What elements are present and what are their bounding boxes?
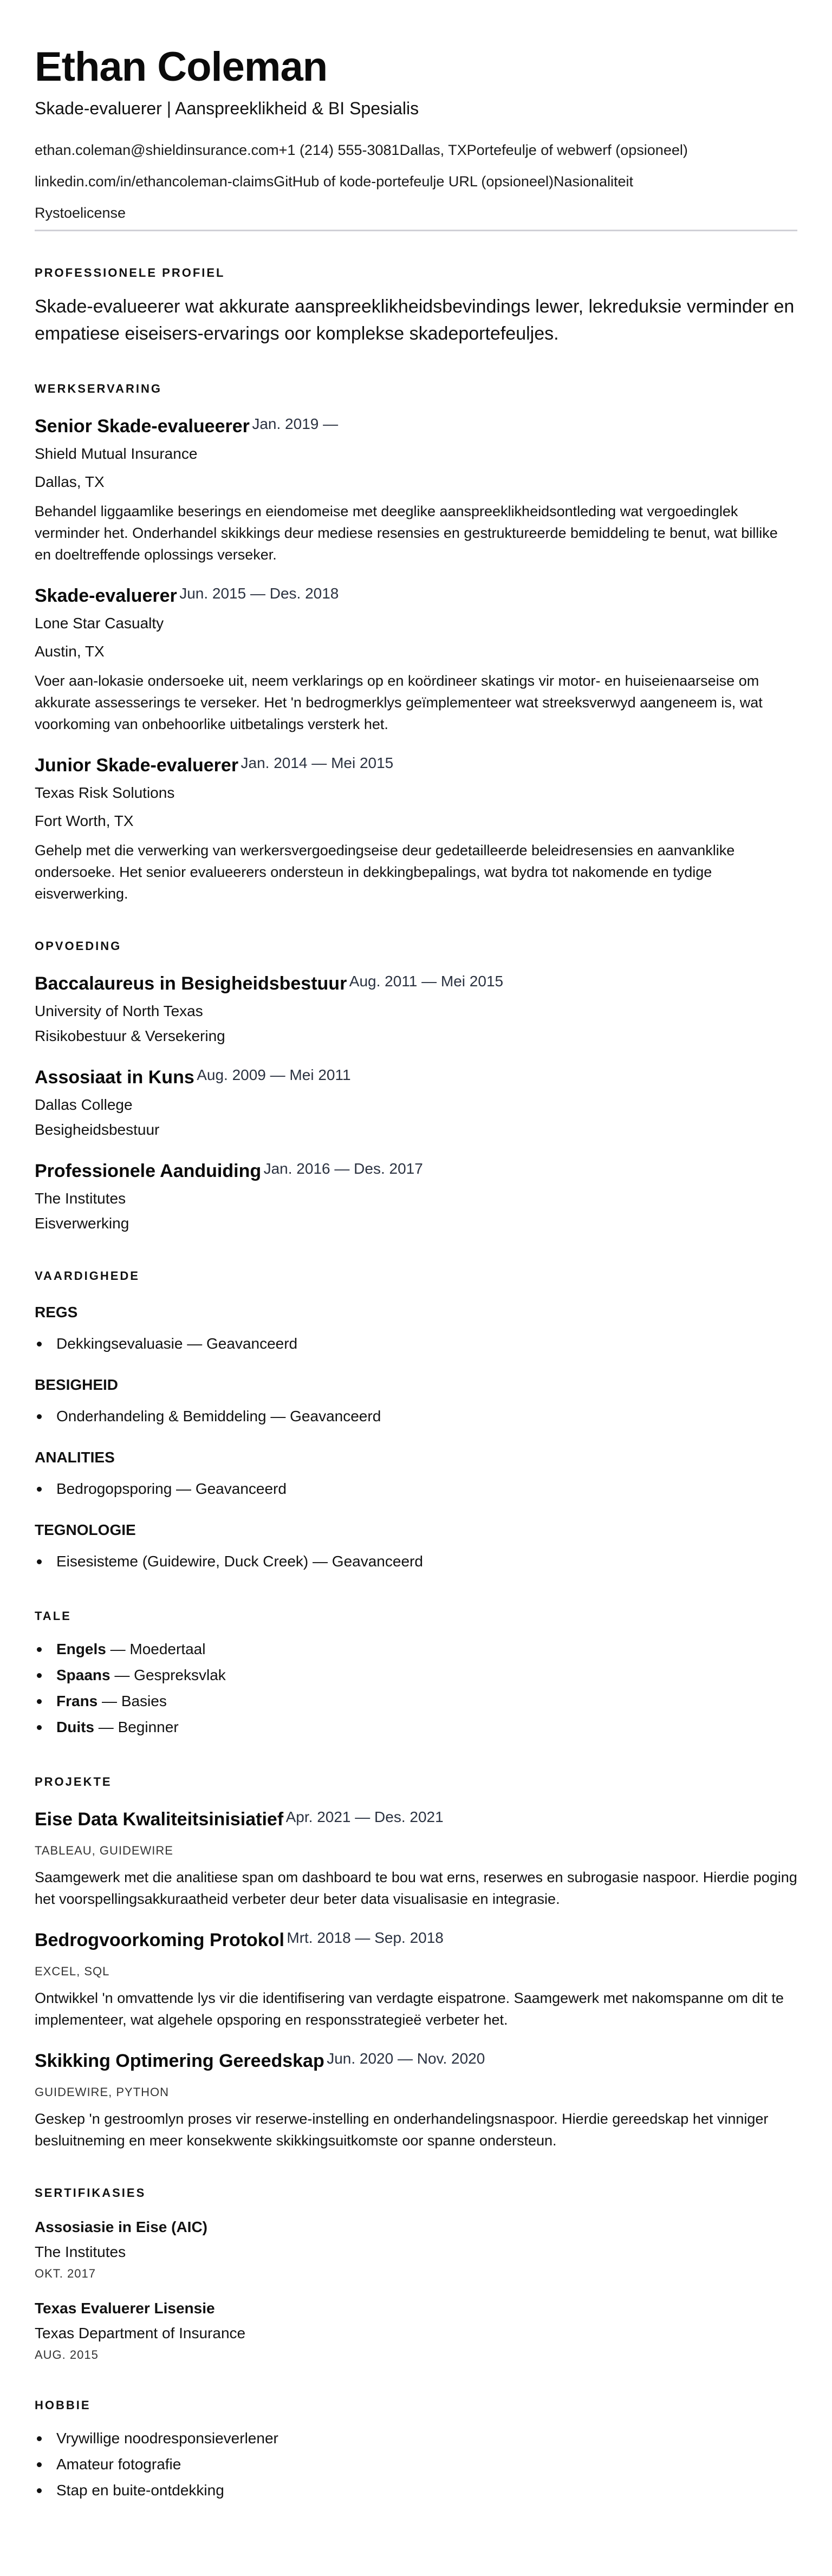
skills-list: REGSDekkingsevaluasie — GeavanceerdBESIG… [35,1303,797,1575]
education-section: Opvoeding Baccalaureus in Besigheidsbest… [35,938,797,1234]
github-link[interactable]: GitHub of kode-portefeulje URL (opsionee… [274,173,554,190]
language-level: Beginner [118,1719,179,1735]
language-level: Gespreksvlak [134,1667,226,1683]
hobby-item: Amateur fotografie [35,2451,797,2477]
language-name: Engels [56,1641,106,1657]
project-description: Saamgewerk met die analitiese span om da… [35,1866,797,1910]
header-divider [35,230,797,231]
entry-header: Bedrogvoorkoming Protokol Mrt. 2018 — Se… [35,1929,797,1955]
project-entry: Bedrogvoorkoming Protokol Mrt. 2018 — Se… [35,1929,797,2031]
certifications-list: Assosiasie in Eise (AIC)The InstitutesOk… [35,2216,797,2364]
section-title-skills: Vaardighede [35,1268,797,1284]
certification-date: Aug. 2015 [35,2346,797,2364]
hobby-item: Stap en buite-ontdekking [35,2477,797,2503]
certification-name: Assosiasie in Eise (AIC) [35,2216,797,2238]
company-name: Shield Mutual Insurance [35,443,797,465]
language-name: Spaans [56,1667,110,1683]
language-name: Frans [56,1693,97,1709]
degree-name: Professionele Aanduiding [35,1161,261,1181]
company-name: Lone Star Casualty [35,613,797,634]
project-tech: Excel, SQL [35,1963,797,1980]
skill-category: BESIGHEID [35,1375,797,1395]
skill-category: REGS [35,1303,797,1322]
skills-section: Vaardighede REGSDekkingsevaluasie — Geav… [35,1268,797,1575]
candidate-headline: Skade-evaluerer | Aanspreeklikheid & BI … [35,96,797,120]
skill-group: ANALITIESBedrogopsporing — Geavanceerd [35,1448,797,1502]
entry-header: Professionele Aanduiding Jan. 2016 — Des… [35,1160,797,1186]
section-title-experience: Werkservaring [35,381,797,397]
hobbies-section: Hobbie Vrywillige noodresponsieverlenerA… [35,2397,797,2503]
section-title-education: Opvoeding [35,938,797,954]
skill-items: Bedrogopsporing — Geavanceerd [35,1476,797,1502]
email-link[interactable]: ethan.coleman@shieldinsurance.com [35,142,279,158]
education-dates: Aug. 2009 — Mei 2011 [197,1066,350,1083]
contact-line-1: ethan.coleman@shieldinsurance.com+1 (214… [35,134,797,166]
job-location: Austin, TX [35,641,797,662]
skill-category: TEGNOLOGIE [35,1520,797,1540]
experience-entry: Junior Skade-evaluerer Jan. 2014 — Mei 2… [35,754,797,905]
job-dates: Jan. 2014 — Mei 2015 [241,754,394,771]
section-title-hobbies: Hobbie [35,2397,797,2414]
project-entry: Eise Data Kwaliteitsinisiatief Apr. 2021… [35,1809,797,1910]
certification-issuer: Texas Department of Insurance [35,2323,797,2344]
hobbies-list: Vrywillige noodresponsieverlenerAmateur … [35,2425,797,2503]
contact-line-2: linkedin.com/in/ethancoleman-claimsGitHu… [35,166,797,197]
language-item: Engels — Moedertaal [35,1636,797,1662]
job-title: Skade-evaluerer [35,586,177,606]
school-name: The Institutes [35,1188,797,1209]
entry-header: Eise Data Kwaliteitsinisiatief Apr. 2021… [35,1809,797,1834]
education-dates: Aug. 2011 — Mei 2015 [349,973,503,990]
contact-line-3: Rystoelicense [35,197,797,229]
section-title-profile: Professionele Profiel [35,265,797,281]
project-name: Bedrogvoorkoming Protokol [35,1930,284,1950]
section-title-certifications: Sertifikasies [35,2185,797,2201]
project-dates: Mrt. 2018 — Sep. 2018 [287,1929,444,1946]
experience-list: Senior Skade-evalueerer Jan. 2019 —Shiel… [35,415,797,905]
resume-header: Ethan Coleman Skade-evaluerer | Aanspree… [35,43,797,231]
candidate-name: Ethan Coleman [35,43,797,91]
project-tech: Guidewire, Python [35,2084,797,2100]
phone-number[interactable]: +1 (214) 555-3081 [279,142,400,158]
projects-list: Eise Data Kwaliteitsinisiatief Apr. 2021… [35,1809,797,2151]
skill-items: Eisesisteme (Guidewire, Duck Creek) — Ge… [35,1549,797,1575]
education-list: Baccalaureus in Besigheidsbestuur Aug. 2… [35,973,797,1234]
resume-page: Ethan Coleman Skade-evaluerer | Aanspree… [0,0,832,2536]
degree-name: Assosiaat in Kuns [35,1067,194,1088]
project-name: Skikking Optimering Gereedskap [35,2051,324,2071]
job-description: Behandel liggaamlike beserings en eiendo… [35,500,797,565]
job-title: Senior Skade-evalueerer [35,416,250,437]
project-tech: Tableau, Guidewire [35,1843,797,1859]
degree-name: Baccalaureus in Besigheidsbestuur [35,973,347,994]
project-dates: Jun. 2020 — Nov. 2020 [327,2050,485,2067]
project-name: Eise Data Kwaliteitsinisiatief [35,1809,283,1830]
language-level: Moedertaal [129,1641,205,1657]
education-entry: Professionele Aanduiding Jan. 2016 — Des… [35,1160,797,1234]
job-dates: Jan. 2019 — [252,415,338,432]
field-of-study: Eisverwerking [35,1213,797,1234]
skill-item: Dekkingsevaluasie — Geavanceerd [35,1331,797,1357]
job-title: Junior Skade-evaluerer [35,755,238,776]
license: Rystoelicense [35,205,126,221]
profile-section: Professionele Profiel Skade-evalueerer w… [35,265,797,347]
school-name: University of North Texas [35,1000,797,1022]
project-description: Geskep 'n gestroomlyn proses vir reserwe… [35,2108,797,2151]
certification-name: Texas Evaluerer Lisensie [35,2298,797,2319]
language-item: Spaans — Gespreksvlak [35,1662,797,1688]
job-location: Fort Worth, TX [35,810,797,832]
projects-section: Projekte Eise Data Kwaliteitsinisiatief … [35,1774,797,2151]
entry-header: Junior Skade-evaluerer Jan. 2014 — Mei 2… [35,754,797,780]
skill-group: REGSDekkingsevaluasie — Geavanceerd [35,1303,797,1357]
education-entry: Baccalaureus in Besigheidsbestuur Aug. 2… [35,973,797,1047]
languages-list: Engels — MoedertaalSpaans — Gespreksvlak… [35,1636,797,1740]
skill-item: Bedrogopsporing — Geavanceerd [35,1476,797,1502]
project-description: Ontwikkel 'n omvattende lys vir die iden… [35,1987,797,2031]
entry-header: Assosiaat in Kuns Aug. 2009 — Mei 2011 [35,1066,797,1092]
language-item: Frans — Basies [35,1688,797,1714]
field-of-study: Risikobestuur & Versekering [35,1025,797,1047]
skill-group: BESIGHEIDOnderhandeling & Bemiddeling — … [35,1375,797,1429]
language-name: Duits [56,1719,94,1735]
contact-info: ethan.coleman@shieldinsurance.com+1 (214… [35,134,797,229]
experience-section: Werkservaring Senior Skade-evalueerer Ja… [35,381,797,905]
job-dates: Jun. 2015 — Des. 2018 [179,585,339,602]
language-level: Basies [121,1693,167,1709]
skill-category: ANALITIES [35,1448,797,1467]
job-description: Voer aan-lokasie ondersoeke uit, neem ve… [35,670,797,735]
certification-entry: Assosiasie in Eise (AIC)The InstitutesOk… [35,2216,797,2282]
experience-entry: Skade-evaluerer Jun. 2015 — Des. 2018Lon… [35,585,797,735]
project-dates: Apr. 2021 — Des. 2021 [286,1809,444,1825]
entry-header: Skikking Optimering Gereedskap Jun. 2020… [35,2050,797,2076]
profile-summary: Skade-evalueerer wat akkurate aanspreekl… [35,293,797,347]
experience-entry: Senior Skade-evalueerer Jan. 2019 —Shiel… [35,415,797,565]
languages-section: Tale Engels — MoedertaalSpaans — Gesprek… [35,1608,797,1740]
skill-item: Eisesisteme (Guidewire, Duck Creek) — Ge… [35,1549,797,1575]
section-title-languages: Tale [35,1608,797,1624]
hobby-item: Vrywillige noodresponsieverlener [35,2425,797,2451]
skill-group: TEGNOLOGIEEisesisteme (Guidewire, Duck C… [35,1520,797,1575]
certification-entry: Texas Evaluerer LisensieTexas Department… [35,2298,797,2364]
job-location: Dallas, TX [35,471,797,493]
location: Dallas, TX [400,142,467,158]
company-name: Texas Risk Solutions [35,782,797,804]
skill-items: Dekkingsevaluasie — Geavanceerd [35,1331,797,1357]
project-entry: Skikking Optimering Gereedskap Jun. 2020… [35,2050,797,2151]
entry-header: Baccalaureus in Besigheidsbestuur Aug. 2… [35,973,797,998]
certification-date: Okt. 2017 [35,2265,797,2282]
education-dates: Jan. 2016 — Des. 2017 [264,1160,423,1177]
portfolio-link[interactable]: Portefeulje of webwerf (opsioneel) [467,142,688,158]
certification-issuer: The Institutes [35,2241,797,2263]
skill-item: Onderhandeling & Bemiddeling — Geavancee… [35,1403,797,1429]
education-entry: Assosiaat in Kuns Aug. 2009 — Mei 2011Da… [35,1066,797,1141]
school-name: Dallas College [35,1094,797,1116]
skill-items: Onderhandeling & Bemiddeling — Geavancee… [35,1403,797,1429]
job-description: Gehelp met die verwerking van werkersver… [35,840,797,905]
field-of-study: Besigheidsbestuur [35,1119,797,1141]
linkedin-link[interactable]: linkedin.com/in/ethancoleman-claims [35,173,274,190]
nationality: Nasionaliteit [554,173,633,190]
section-title-projects: Projekte [35,1774,797,1790]
certifications-section: Sertifikasies Assosiasie in Eise (AIC)Th… [35,2185,797,2364]
language-item: Duits — Beginner [35,1714,797,1740]
entry-header: Skade-evaluerer Jun. 2015 — Des. 2018 [35,585,797,610]
entry-header: Senior Skade-evalueerer Jan. 2019 — [35,415,797,441]
